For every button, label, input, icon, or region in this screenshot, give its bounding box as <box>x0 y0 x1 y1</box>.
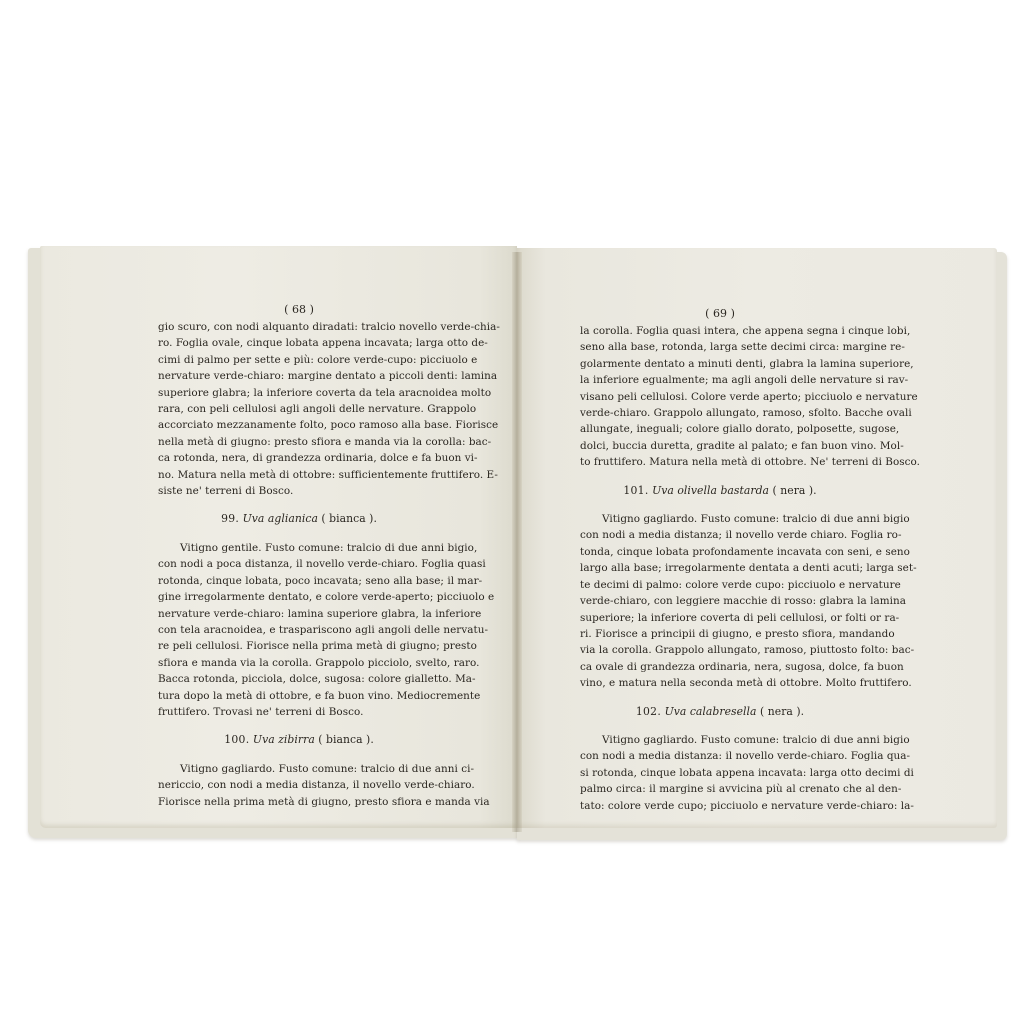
section-number: 101. <box>623 484 648 497</box>
text-line: ro. Foglia ovale, cinque lobata appena i… <box>158 335 440 351</box>
text-line: palmo circa: il margine si avvicina più … <box>580 781 860 797</box>
text-line: dolci, buccia duretta, gradite al palato… <box>580 438 860 454</box>
text-line: tato: colore verde cupo; picciuolo e ner… <box>580 798 860 814</box>
text-line: largo alla base; irregolarmente dentata … <box>580 560 860 576</box>
text-line: Vitigno gagliardo. Fusto comune: tralcio… <box>580 732 860 748</box>
text-line: rara, con peli cellulosi agli angoli del… <box>158 401 440 417</box>
text-line: tonda, cinque lobata profondamente incav… <box>580 544 860 560</box>
paragraph: Vitigno gagliardo. Fusto comune: tralcio… <box>158 761 440 810</box>
page-number: ( 68 ) <box>158 302 440 318</box>
paragraph: Vitigno gentile. Fusto comune: tralcio d… <box>158 540 440 720</box>
text-line: con nodi a media distanza: il novello ve… <box>580 748 860 764</box>
page-number: ( 69 ) <box>580 306 860 322</box>
text-line: nervature verde-chiaro: margine dentato … <box>158 368 440 384</box>
text-line: visano peli cellulosi. Colore verde aper… <box>580 389 860 405</box>
text-line: allungate, ineguali; colore giallo dorat… <box>580 421 860 437</box>
section-number: 102. <box>636 705 661 718</box>
text-line: siste ne' terreni di Bosco. <box>158 483 440 499</box>
section-qualifier: ( bianca ). <box>321 512 377 525</box>
left-page-text: ( 68 ) gio scuro, con nodi alquanto dira… <box>158 302 440 810</box>
text-line: la corolla. Foglia quasi intera, che app… <box>580 323 860 339</box>
text-line: con nodi a media distanza; il novello ve… <box>580 527 860 543</box>
text-line: golarmente dentato a minuti denti, glabr… <box>580 356 860 372</box>
text-line: cimi di palmo per sette e più: colore ve… <box>158 352 440 368</box>
text-line: fruttifero. Trovasi ne' terreni di Bosco… <box>158 704 440 720</box>
section-qualifier: ( bianca ). <box>318 733 374 746</box>
text-line: verde-chiaro, con leggiere macchie di ro… <box>580 593 860 609</box>
section-heading: 99. Uva aglianica ( bianca ). <box>158 511 440 527</box>
text-line: si rotonda, cinque lobata appena incavat… <box>580 765 860 781</box>
text-line: Vitigno gagliardo. Fusto comune: tralcio… <box>158 761 440 777</box>
open-book: ( 68 ) gio scuro, con nodi alquanto dira… <box>0 0 1024 1024</box>
section-title: Uva calabresella <box>665 705 757 718</box>
text-line: Vitigno gagliardo. Fusto comune: tralcio… <box>580 511 860 527</box>
text-line: superiore; la inferiore coverta di peli … <box>580 610 860 626</box>
text-line: sfiora e manda via la corolla. Grappolo … <box>158 655 440 671</box>
section-title: Uva aglianica <box>243 512 318 525</box>
section-number: 99. <box>221 512 239 525</box>
paragraph: Vitigno gagliardo. Fusto comune: tralcio… <box>580 511 860 691</box>
text-line: ri. Fiorisce a principii di giugno, e pr… <box>580 626 860 642</box>
text-line: nella metà di giugno: presto sfiora e ma… <box>158 434 440 450</box>
right-page-text: ( 69 ) la corolla. Foglia quasi intera, … <box>580 306 860 814</box>
text-line: verde-chiaro. Grappolo allungato, ramoso… <box>580 405 860 421</box>
book-gutter <box>512 252 522 832</box>
text-line: re peli cellulosi. Fiorisce nella prima … <box>158 638 440 654</box>
text-line: seno alla base, rotonda, larga sette dec… <box>580 339 860 355</box>
section-heading: 102. Uva calabresella ( nera ). <box>580 704 860 720</box>
section-title: Uva olivella bastarda <box>652 484 769 497</box>
text-line: superiore glabra; la inferiore coverta d… <box>158 385 440 401</box>
text-line: Bacca rotonda, picciola, dolce, sugosa: … <box>158 671 440 687</box>
text-line: te decimi di palmo: colore verde cupo: p… <box>580 577 860 593</box>
text-line: Vitigno gentile. Fusto comune: tralcio d… <box>158 540 440 556</box>
text-line: accorciato mezzanamente folto, poco ramo… <box>158 417 440 433</box>
text-line: con nodi a poca distanza, il novello ver… <box>158 556 440 572</box>
text-line: la inferiore egualmente; ma agli angoli … <box>580 372 860 388</box>
text-line: con tela aracnoidea, e trasparisconо agl… <box>158 622 440 638</box>
text-line: no. Matura nella metà di ottobre: suffic… <box>158 467 440 483</box>
section-number: 100. <box>224 733 249 746</box>
text-line: tura dopo la metà di ottobre, e fa buon … <box>158 688 440 704</box>
paragraph: Vitigno gagliardo. Fusto comune: tralcio… <box>580 732 860 814</box>
text-line: to fruttifero. Matura nella metà di otto… <box>580 454 860 470</box>
section-title: Uva zibirra <box>253 733 315 746</box>
text-line: nericcio, con nodi a media distanza, il … <box>158 777 440 793</box>
text-line: Fiorisce nella prima metà di giugno, pre… <box>158 794 440 810</box>
text-line: via la corolla. Grappolo allungato, ramo… <box>580 642 860 658</box>
text-line: vino, e matura nella seconda metà di ott… <box>580 675 860 691</box>
paragraph: gio scuro, con nodi alquanto diradati: t… <box>158 319 440 499</box>
section-heading: 100. Uva zibirra ( bianca ). <box>158 732 440 748</box>
section-qualifier: ( nera ). <box>773 484 817 497</box>
text-line: gine irregolarmente dentato, e colore ve… <box>158 589 440 605</box>
text-line: ca rotonda, nera, di grandezza ordinaria… <box>158 450 440 466</box>
text-line: ca ovale di grandezza ordinaria, nera, s… <box>580 659 860 675</box>
paragraph: la corolla. Foglia quasi intera, che app… <box>580 323 860 471</box>
section-qualifier: ( nera ). <box>760 705 804 718</box>
text-line: gio scuro, con nodi alquanto diradati: t… <box>158 319 440 335</box>
section-heading: 101. Uva olivella bastarda ( nera ). <box>580 483 860 499</box>
text-line: nervature verde-chiaro: lamina superiore… <box>158 606 440 622</box>
text-line: rotonda, cinque lobata, poco incavata; s… <box>158 573 440 589</box>
